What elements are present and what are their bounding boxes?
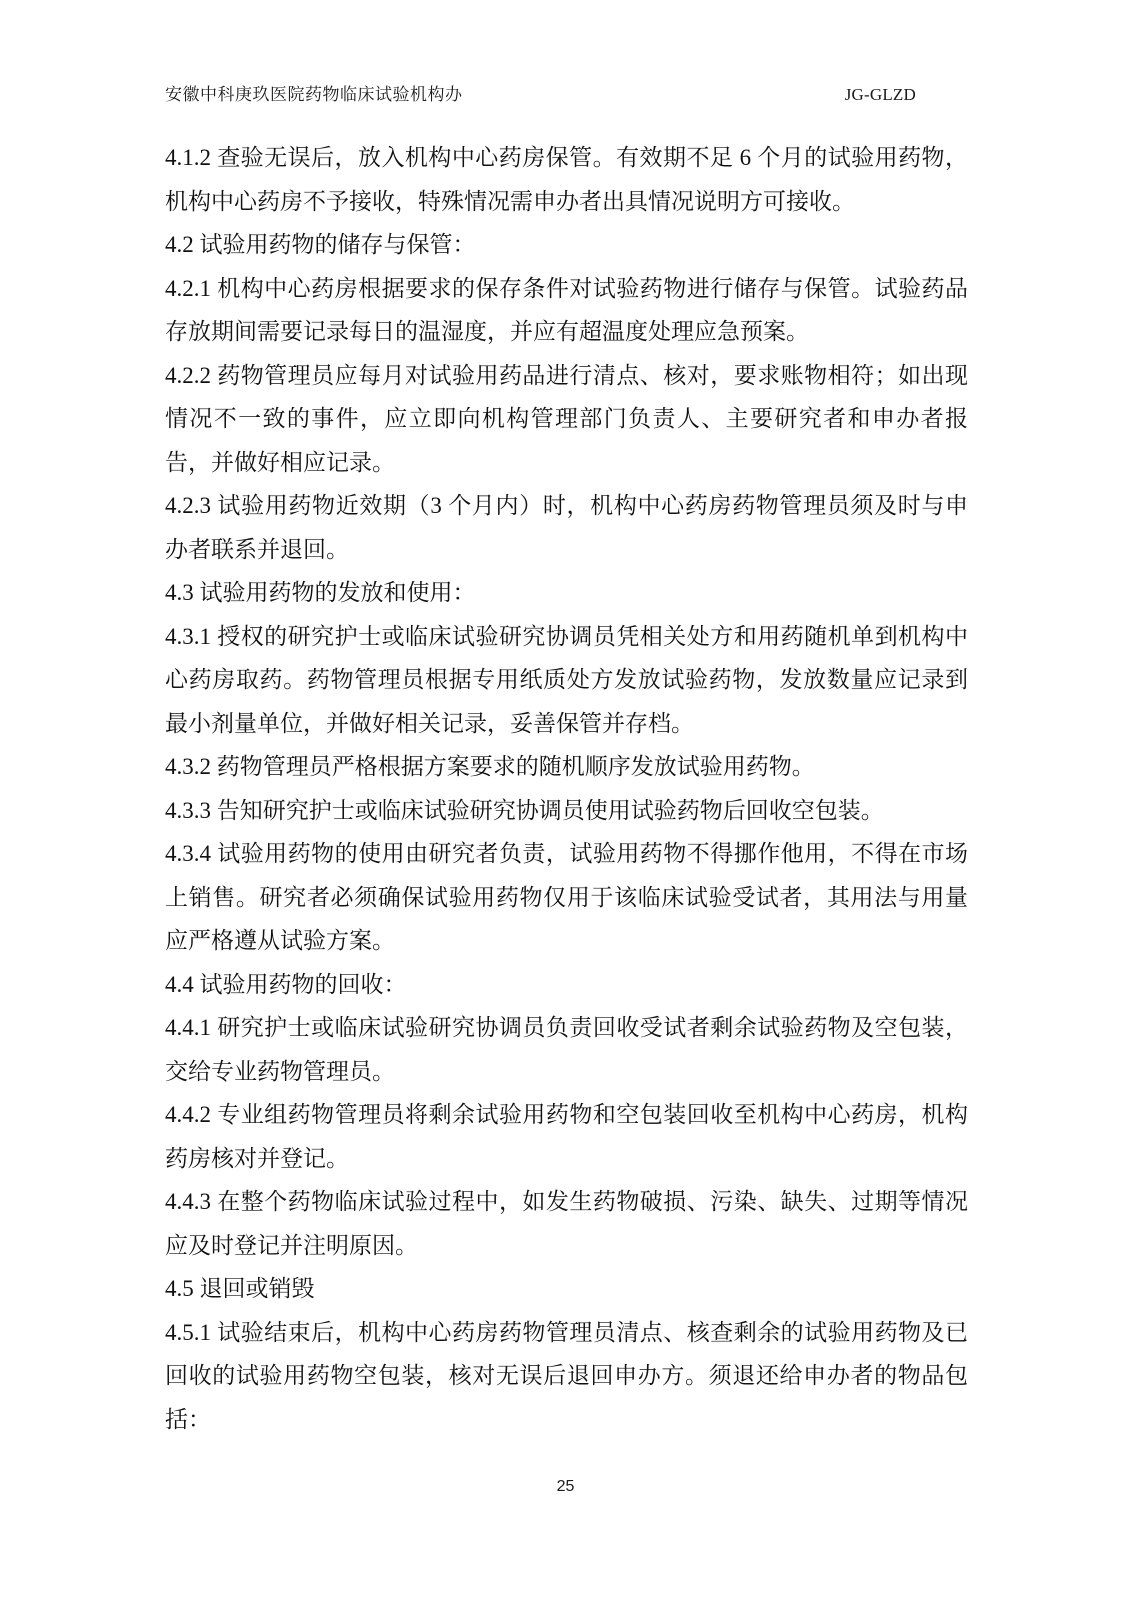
paragraph-4-3-4: 4.3.4 试验用药物的使用由研究者负责，试验用药物不得挪作他用，不得在市场上销… [165,832,968,963]
page-number: 25 [557,1478,575,1495]
heading-4-2: 4.2 试验用药物的储存与保管： [165,223,968,267]
heading-4-3: 4.3 试验用药物的发放和使用： [165,571,968,615]
paragraph-4-3-3: 4.3.3 告知研究护士或临床试验研究协调员使用试验药物后回收空包装。 [165,789,968,833]
page-header: 安徽中科庚玖医院药物临床试验机构办 JG-GLZD [165,80,968,105]
paragraph-4-5-1: 4.5.1 试验结束后，机构中心药房药物管理员清点、核查剩余的试验用药物及已回收… [165,1311,968,1442]
header-doc-code: JG-GLZD [845,85,968,105]
paragraph-4-4-3: 4.4.3 在整个药物临床试验过程中，如发生药物破损、污染、缺失、过期等情况应及… [165,1180,968,1267]
heading-4-5: 4.5 退回或销毁 [165,1267,968,1311]
paragraph-4-2-2: 4.2.2 药物管理员应每月对试验用药品进行清点、核对，要求账物相符；如出现情况… [165,354,968,485]
paragraph-4-1-2: 4.1.2 查验无误后，放入机构中心药房保管。有效期不足 6 个月的试验用药物，… [165,136,968,223]
paragraph-4-4-2: 4.4.2 专业组药物管理员将剩余试验用药物和空包装回收至机构中心药房，机构药房… [165,1093,968,1180]
document-body: 4.1.2 查验无误后，放入机构中心药房保管。有效期不足 6 个月的试验用药物，… [165,136,968,1441]
paragraph-4-2-1: 4.2.1 机构中心药房根据要求的保存条件对试验药物进行储存与保管。试验药品存放… [165,267,968,354]
document-page: 安徽中科庚玖医院药物临床试验机构办 JG-GLZD 4.1.2 查验无误后，放入… [0,0,1131,1600]
header-org-title: 安徽中科庚玖医院药物临床试验机构办 [165,80,463,105]
paragraph-4-3-1: 4.3.1 授权的研究护士或临床试验研究协调员凭相关处方和用药随机单到机构中心药… [165,615,968,746]
paragraph-4-4-1: 4.4.1 研究护士或临床试验研究协调员负责回收受试者剩余试验药物及空包装，交给… [165,1006,968,1093]
paragraph-4-3-2: 4.3.2 药物管理员严格根据方案要求的随机顺序发放试验用药物。 [165,745,968,789]
heading-4-4: 4.4 试验用药物的回收： [165,963,968,1007]
page-footer: 25 [0,1478,1131,1496]
paragraph-4-2-3: 4.2.3 试验用药物近效期（3 个月内）时，机构中心药房药物管理员须及时与申办… [165,484,968,571]
